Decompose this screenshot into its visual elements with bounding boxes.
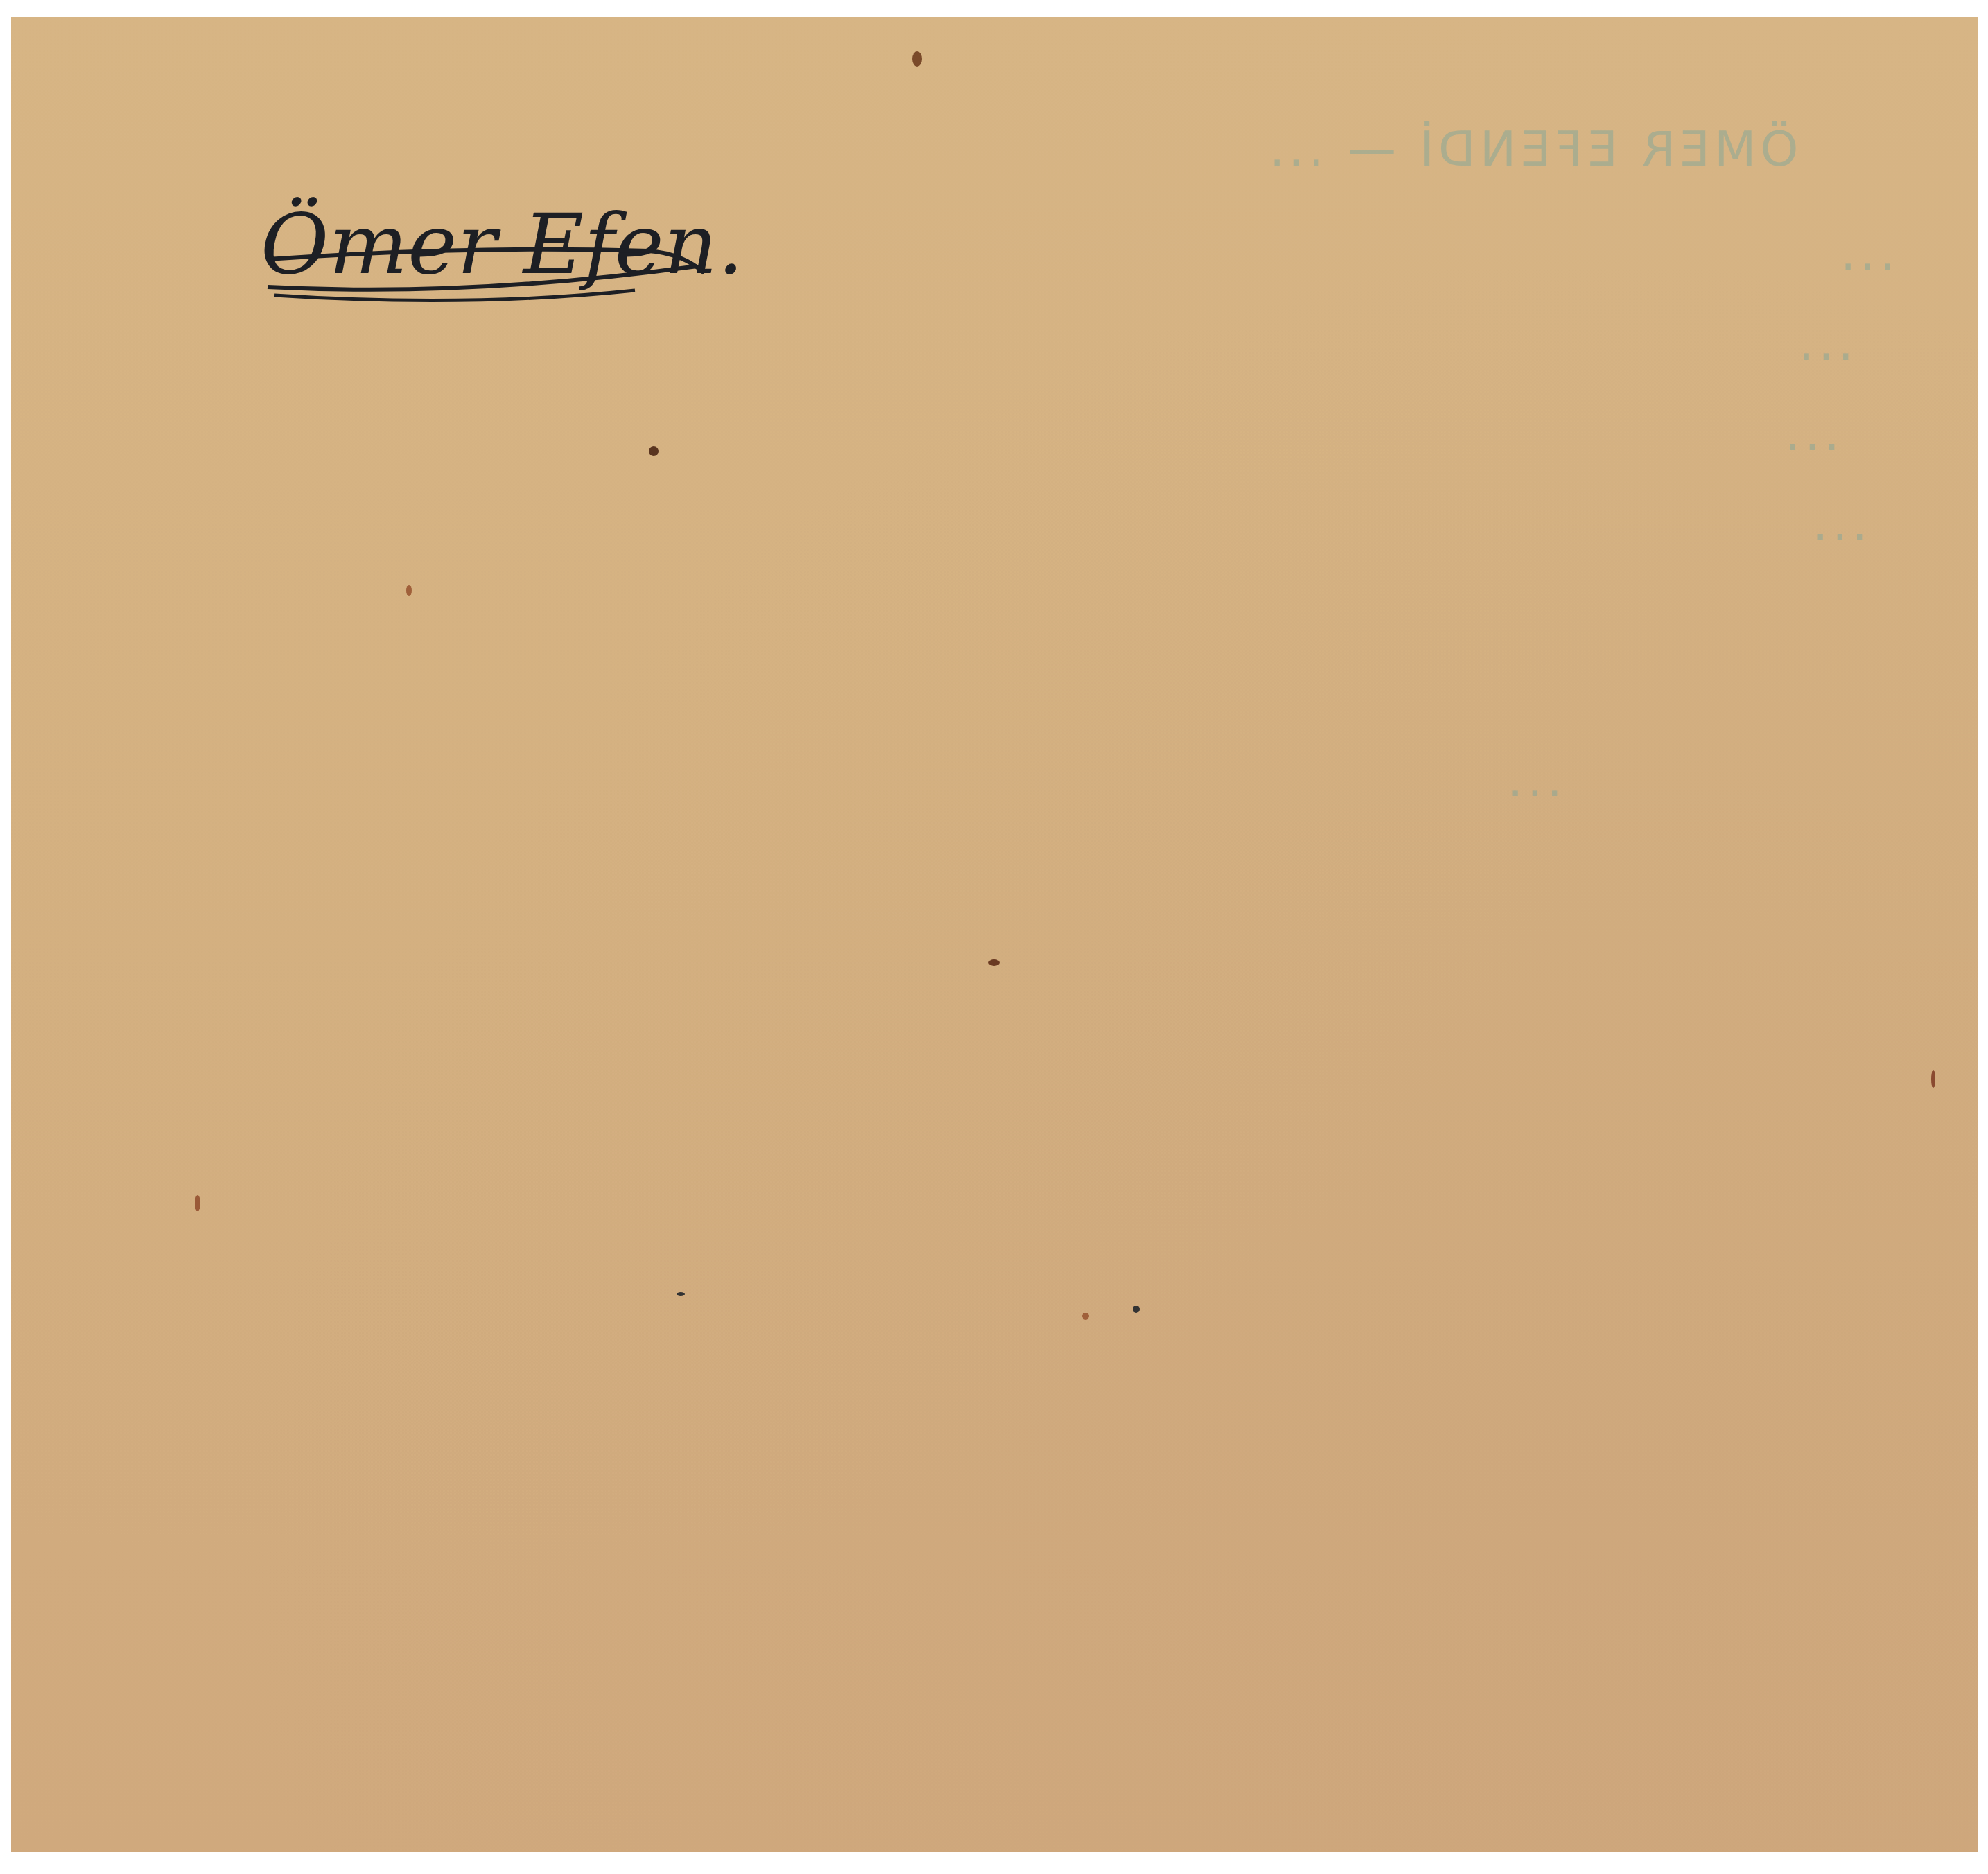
- strikethrough-lines: [261, 169, 787, 335]
- paper-fleck: [649, 446, 659, 456]
- paper-fleck: [1133, 1306, 1140, 1313]
- showthrough-line-4: ...: [1781, 405, 1840, 462]
- paper-fleck: [1931, 1070, 1935, 1088]
- paper-fleck: [406, 585, 412, 596]
- paper-fleck: [988, 959, 1000, 966]
- paper-fleck: [677, 1292, 685, 1296]
- showthrough-line-6: ...: [1503, 751, 1562, 808]
- showthrough-line-2: ...: [1836, 225, 1895, 281]
- paper-sheet: ÖMER EFENDİ — ... ... ... ... ... ... Öm…: [11, 17, 1978, 1852]
- showthrough-line-1: ÖMER EFENDİ — ...: [1265, 121, 1799, 177]
- paper-fleck: [912, 51, 922, 67]
- paper-fleck: [1082, 1313, 1089, 1320]
- showthrough-line-5: ...: [1808, 495, 1867, 552]
- showthrough-line-3: ...: [1795, 315, 1854, 371]
- paper-fleck: [195, 1195, 200, 1211]
- handwritten-signature: Ömer Efen.: [261, 169, 787, 335]
